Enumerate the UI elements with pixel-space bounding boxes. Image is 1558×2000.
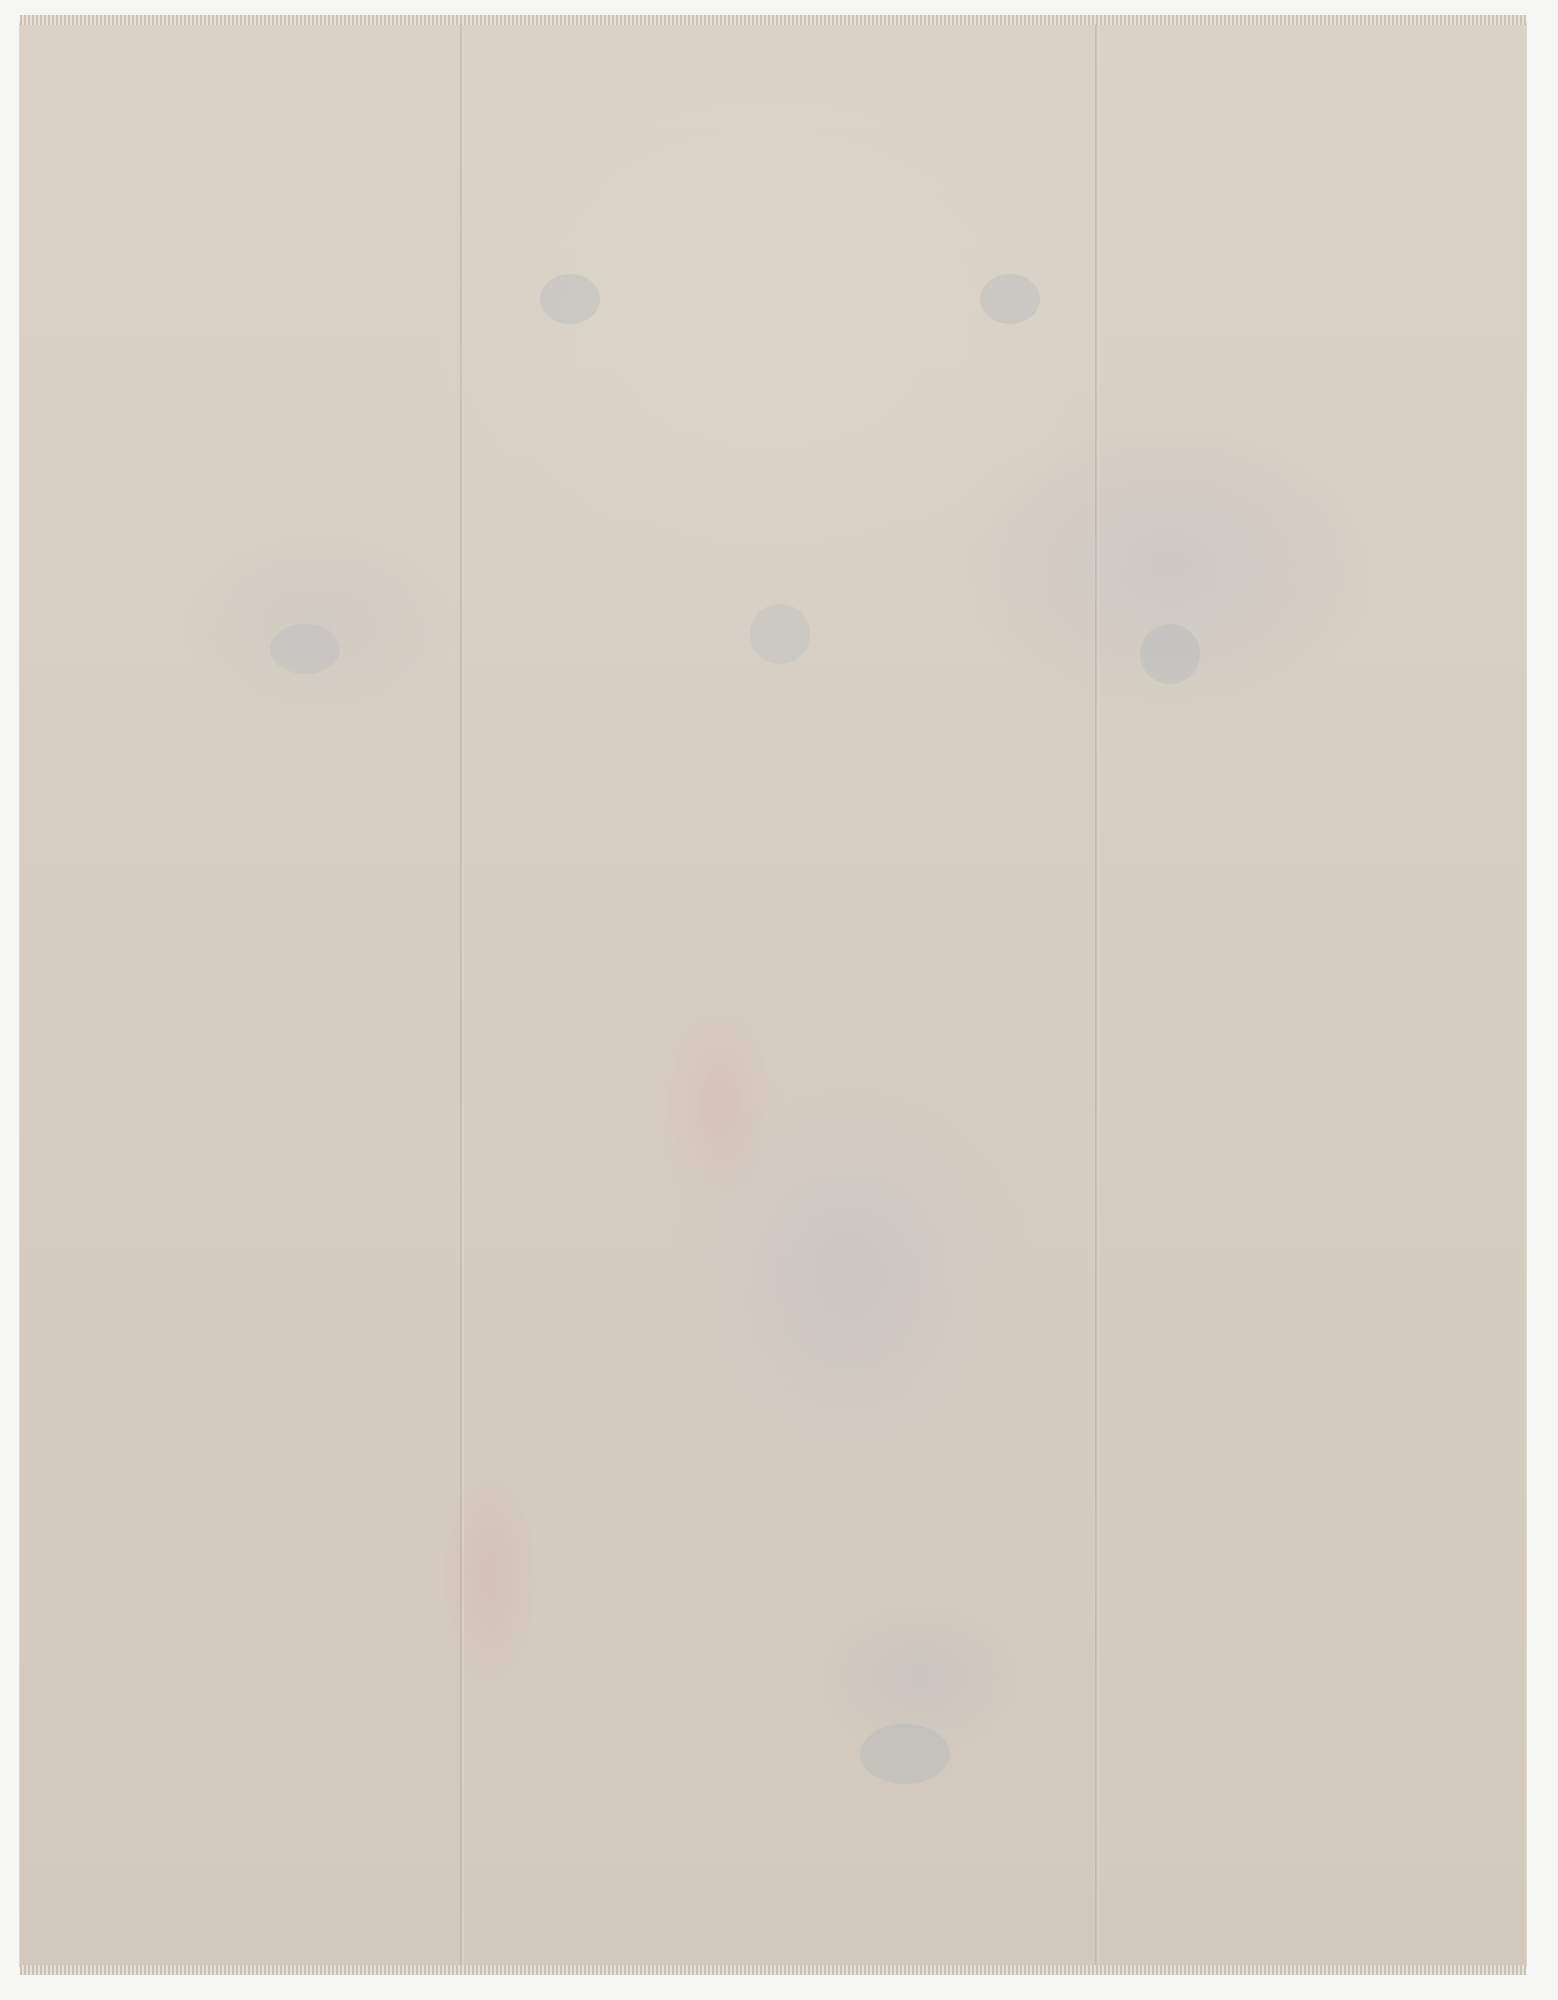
floral-motif: [270, 624, 340, 674]
floral-motif: [1140, 624, 1200, 684]
fold-line: [1095, 24, 1099, 1966]
bottom-fringe: [20, 1965, 1526, 1975]
fold-line: [460, 24, 464, 1966]
floral-motif: [750, 604, 810, 664]
top-fringe: [20, 15, 1526, 25]
floral-motif: [860, 1724, 950, 1784]
floral-motif: [540, 274, 600, 324]
rug: [20, 24, 1526, 1966]
floral-motif: [980, 274, 1040, 324]
